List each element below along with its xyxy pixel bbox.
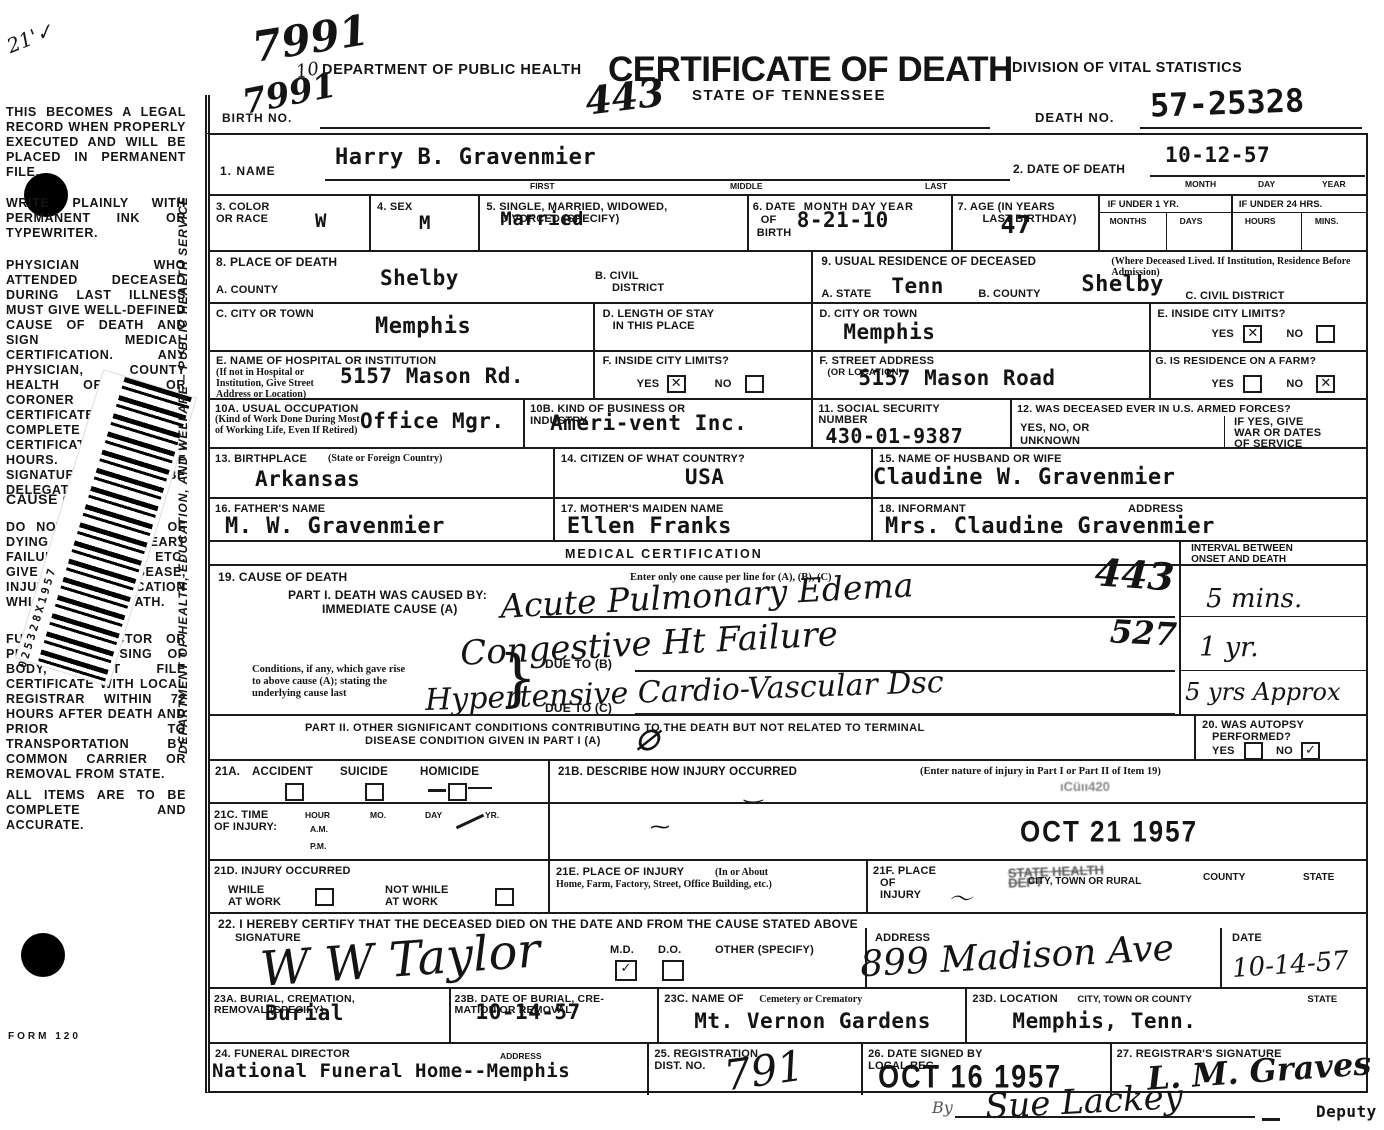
armed-forces-label: 12. WAS DECEASED EVER IN U.S. ARMED FORC… (1017, 403, 1291, 415)
citizen-label: 14. CITIZEN OF WHAT COUNTRY? (561, 453, 745, 465)
name-value: Harry B. Gravenmier (335, 145, 596, 170)
dob-label: 6. DATE (753, 201, 796, 213)
res-city-value: Memphis (843, 320, 935, 344)
res-limits-yes-checkbox: ✕ (1243, 325, 1262, 343)
under-1yr-label: IF UNDER 1 YR. (1108, 200, 1179, 210)
dob-value: 8-21-10 (797, 208, 889, 232)
hospital-note: (If not in Hospital or Institution, Give… (216, 367, 336, 400)
homicide-label: HOMICIDE (420, 766, 479, 778)
header-dept: DEPARTMENT OF PUBLIC HEALTH (322, 64, 582, 76)
business-value: Ameri-vent Inc. (550, 411, 747, 435)
notwhile-label: NOT WHILE (385, 884, 449, 896)
pod-county-value: Shelby (380, 266, 459, 290)
form-border-stub (205, 95, 210, 133)
margin-note: ALL ITEMS ARE TO BE COMPLETE AND ACCURAT… (6, 788, 186, 833)
21f-label2: OF (880, 877, 896, 889)
21e-note2: Home, Farm, Factory, Street, Office Buil… (556, 879, 856, 890)
21f-city-label: CITY, TOWN OR RURAL (1028, 877, 1141, 887)
father-value: M. W. Gravenmier (225, 514, 445, 539)
deputy-line (955, 1116, 1255, 1118)
birthplace-note: (State or Foreign Country) (328, 453, 442, 464)
date-label: DATE (1232, 932, 1262, 944)
dob-label3: BIRTH (757, 227, 792, 239)
res-civil-label: C. CIVIL DISTRICT (1185, 290, 1284, 302)
while-label: WHILE (228, 884, 264, 896)
pod-limits-no-label: NO (715, 378, 732, 390)
sex-value: M (419, 212, 431, 234)
pen-scribble: ⌀ (635, 714, 659, 760)
md-label: M.D. (610, 944, 634, 956)
res-limits-no-checkbox (1316, 325, 1335, 343)
accident-checkbox (285, 783, 304, 801)
birth-no-label: BIRTH NO. (222, 112, 292, 124)
form-number: FORM 120 (8, 1031, 81, 1043)
res-state-value: Tenn (891, 274, 944, 298)
21e-label: 21E. PLACE OF INJURY (556, 866, 684, 878)
pod-city-value: Memphis (375, 314, 471, 339)
res-county-label: B. COUNTY (978, 288, 1040, 300)
pod-limits-yes-checkbox: ✕ (667, 375, 686, 393)
months-label: MONTHS (1110, 217, 1147, 227)
pod-city-label: C. CITY OR TOWN (216, 308, 314, 320)
21a-label: 21A. (215, 766, 240, 778)
farm-no-checkbox: ✕ (1316, 375, 1335, 393)
cemetery-value: Mt. Vernon Gardens (694, 1009, 931, 1033)
cemetery-sub: Cemetery or Crematory (759, 994, 862, 1005)
autopsy-no-label: NO (1276, 745, 1293, 757)
name-line (325, 179, 1010, 181)
name-sub-middle: MIDDLE (730, 182, 763, 192)
md-checkbox: ✓ (615, 960, 637, 981)
certificate-form: 1. NAME Harry B. Gravenmier FIRST MIDDLE… (205, 133, 1368, 1093)
pen-dash (428, 789, 446, 792)
res-limits-no-label: NO (1286, 328, 1303, 340)
location-sub: CITY, TOWN OR COUNTY (1077, 995, 1191, 1005)
stay-label: D. LENGTH OF STAY (603, 308, 715, 320)
header-division: DIVISION OF VITAL STATISTICS (1012, 62, 1242, 74)
stay-label2: IN THIS PLACE (613, 320, 695, 332)
accident-label: ACCIDENT (252, 766, 313, 778)
medical-certification-title: MEDICAL CERTIFICATION (565, 548, 763, 560)
part2-line2: DISEASE CONDITION GIVEN IN PART I (A) (365, 735, 601, 747)
other-label: OTHER (SPECIFY) (715, 944, 814, 956)
do-label: D.O. (658, 944, 681, 956)
birth-no-line (320, 127, 990, 129)
autopsy-no-checkbox: ✓ (1301, 742, 1320, 760)
pen-curve: ⁓ (650, 814, 670, 838)
mother-value: Ellen Franks (567, 514, 732, 539)
informant-value: Mrs. Claudine Gravenmier (885, 514, 1215, 539)
occupation-note: (Kind of Work Done During Most of Workin… (215, 414, 365, 436)
pod-limits-no-checkbox (745, 375, 764, 393)
armed-sub1b: UNKNOWN (1020, 435, 1080, 447)
residence-label: 9. USUAL RESIDENCE OF DECEASED (821, 256, 1036, 268)
farm-yes-label: YES (1211, 378, 1234, 390)
conditions-note3: underlying cause last (252, 688, 347, 699)
location-value: Memphis, Tenn. (1012, 1009, 1196, 1033)
part2-line1: PART II. OTHER SIGNIFICANT CONDITIONS CO… (305, 722, 925, 734)
sex-label: 4. SEX (377, 201, 412, 213)
do-checkbox (662, 960, 684, 981)
dob-label2: OF (761, 214, 777, 226)
farm-no-label: NO (1286, 378, 1303, 390)
spouse-value: Claudine W. Gravenmier (873, 465, 1175, 490)
day-label: DAY (425, 811, 442, 821)
21b-note: (Enter nature of injury in Part I or Par… (920, 766, 1161, 777)
street-value: 5157 Mason Road (858, 366, 1055, 390)
pod-civil-label: B. CIVIL (595, 270, 639, 282)
21f-label: 21F. PLACE (873, 865, 936, 877)
days-label: DAYS (1180, 217, 1203, 227)
pencil-number: 443 (583, 69, 667, 123)
pod-limits-label: F. INSIDE CITY LIMITS? (603, 355, 729, 367)
hospital-value: 5157 Mason Rd. (340, 364, 524, 388)
21f-label3: INJURY (880, 889, 921, 901)
reg-dist-value: 791 (721, 1041, 807, 1101)
date-of-death-value: 10-12-57 (1165, 143, 1270, 167)
interval-c-value: 5 yrs Approx (1185, 678, 1340, 706)
pen-slash (456, 814, 484, 829)
cause-a-code: 443 (1094, 549, 1176, 599)
dod-sub-month: MONTH (1185, 180, 1216, 190)
immediate-cause-label: IMMEDIATE CAUSE (A) (322, 603, 458, 615)
marital-value: Married (500, 208, 584, 230)
hours-label: HOURS (1245, 217, 1276, 227)
dod-line (1150, 175, 1365, 177)
margin-note: WRITE PLAINLY WITH PERMANENT INK OR TYPE… (6, 196, 186, 241)
autopsy-yes-label: YES (1212, 745, 1235, 757)
21d-label: 21D. INJURY OCCURRED (214, 865, 351, 877)
occupation-value: Office Mgr. (360, 409, 505, 433)
21c-label: 21C. TIME (214, 809, 268, 821)
21b-label: 21B. DESCRIBE HOW INJURY OCCURRED (558, 766, 797, 778)
name-label: 1. NAME (220, 165, 276, 177)
funeral-director-label: 24. FUNERAL DIRECTOR (215, 1048, 350, 1060)
color-value: W (315, 210, 327, 232)
death-certificate-scan: 21'✓ THIS BECOMES A LEGAL RECORD WHEN PR… (0, 0, 1384, 1130)
burial-date-value: 10-14-57 (476, 1000, 581, 1024)
margin-note: THIS BECOMES A LEGAL RECORD WHEN PROPERL… (6, 105, 186, 180)
farm-label: G. IS RESIDENCE ON A FARM? (1155, 355, 1316, 367)
res-state-label: A. STATE (821, 288, 871, 300)
birthplace-value: Arkansas (255, 467, 360, 491)
vertical-agency-label: DEPARTMENT OF HEALTH, EDUCATION, AND WEL… (176, 95, 198, 855)
place-of-death-label: 8. PLACE OF DEATH (216, 256, 337, 268)
hour-label: HOUR (305, 811, 330, 821)
pod-county-label: A. COUNTY (216, 284, 278, 296)
pod-civil-label2: DISTRICT (612, 282, 664, 294)
citizen-value: USA (685, 465, 724, 489)
faint-stamp: ıCüıı420 (1060, 779, 1110, 794)
while-at-work-checkbox (315, 888, 334, 906)
autopsy-yes-checkbox (1244, 742, 1263, 760)
suicide-label: SUICIDE (340, 766, 388, 778)
21c-label2: OF INJURY: (214, 821, 277, 833)
interval-b-value: 1 yr. (1199, 632, 1259, 663)
birthplace-label: 13. BIRTHPLACE (215, 453, 307, 465)
color-label: 3. COLOR OR RACE (216, 201, 286, 225)
res-county-value: Shelby (1081, 272, 1163, 297)
yr-label: YR. (485, 811, 499, 821)
pen-curve: ‿ (745, 779, 763, 804)
am-label: A.M. (310, 825, 328, 835)
res-limits-yes-label: YES (1211, 328, 1234, 340)
ssn-value: 430-01-9387 (825, 424, 963, 448)
armed-sub1: YES, NO, OR (1020, 422, 1089, 434)
21f-state-label: STATE (1303, 873, 1334, 883)
hole-punch (21, 933, 65, 977)
while-label2: AT WORK (228, 896, 281, 908)
funeral-director-value: National Funeral Home--Memphis (212, 1060, 570, 1082)
not-while-at-work-checkbox (495, 888, 514, 906)
21e-note1: (In or About (715, 867, 768, 878)
corner-pencil-mark: 21'✓ (3, 18, 56, 58)
interval-a-value: 5 mins. (1206, 584, 1302, 614)
part1-label: PART I. DEATH WAS CAUSED BY: (288, 589, 487, 601)
location-state-label: STATE (1307, 995, 1337, 1005)
page-title: CERTIFICATE OF DEATH (608, 50, 1013, 90)
suicide-checkbox (365, 783, 384, 801)
age-value: 47 (1001, 210, 1032, 239)
pen-dash (468, 787, 492, 789)
cemetery-label: 23C. NAME OF (664, 993, 743, 1005)
res-city-label: D. CITY OR TOWN (819, 308, 917, 320)
reg-dist-label2: DIST. NO. (654, 1060, 705, 1072)
pod-limits-yes-label: YES (637, 378, 660, 390)
homicide-checkbox (448, 783, 467, 801)
oct-21-stamp: OCT 21 1957 (1020, 814, 1198, 850)
location-label: 23D. LOCATION (972, 993, 1058, 1005)
cause-label: 19. CAUSE OF DEATH (218, 571, 347, 583)
date-value: 10-14-57 (1231, 946, 1350, 984)
name-sub-last: LAST (925, 182, 947, 192)
autopsy-label: 20. WAS AUTOPSY (1202, 719, 1304, 731)
farm-yes-checkbox (1243, 375, 1262, 393)
death-no-line (1140, 127, 1362, 129)
21f-county-label: COUNTY (1203, 873, 1245, 883)
date-of-death-label: 2. DATE OF DEATH (1013, 163, 1125, 175)
death-no-value: 57-25328 (1149, 81, 1304, 124)
dod-sub-year: YEAR (1322, 180, 1346, 190)
spouse-label: 15. NAME OF HUSBAND OR WIFE (879, 453, 1062, 465)
name-sub-first: FIRST (530, 182, 555, 192)
interval-label1: INTERVAL BETWEEN (1191, 544, 1293, 554)
header-state: STATE OF TENNESSEE (692, 90, 886, 102)
pm-label: P.M. (310, 842, 326, 852)
deputy-by: By (932, 1098, 953, 1117)
res-limits-label: E. INSIDE CITY LIMITS? (1157, 308, 1285, 320)
cause-b-code: 527 (1109, 612, 1178, 653)
under-24hrs-label: IF UNDER 24 HRS. (1239, 200, 1322, 210)
mo-label: MO. (370, 811, 386, 821)
pen-curve: 〜 (948, 879, 972, 914)
notwhile-label2: AT WORK (385, 896, 438, 908)
deputy-title: Deputy (1316, 1102, 1377, 1121)
conditions-note1: Conditions, if any, which gave rise (252, 664, 405, 675)
pen-dash (1262, 1118, 1280, 1121)
death-no-label: DEATH NO. (1035, 112, 1115, 124)
conditions-note2: to above cause (A); stating the (252, 676, 387, 687)
mins-label: MINS. (1315, 217, 1339, 227)
burial-value: Burial (265, 1001, 344, 1025)
dod-sub-day: DAY (1258, 180, 1275, 190)
